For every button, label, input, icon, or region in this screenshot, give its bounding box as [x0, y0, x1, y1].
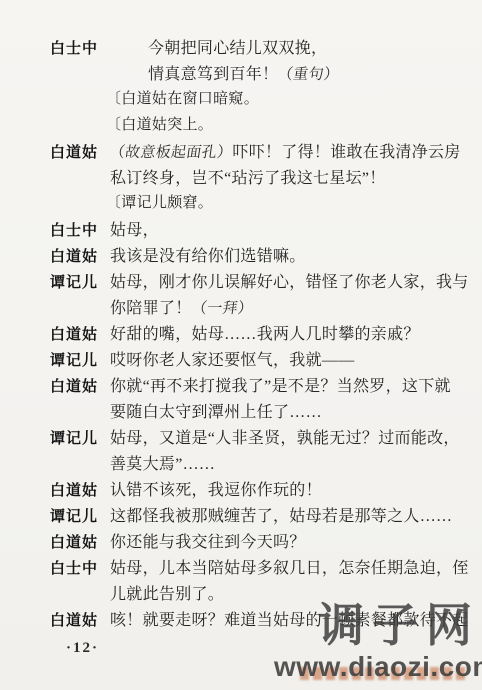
dialogue-text: 姑母，刚才你儿误解好心，错怪了你老人家，我与: [110, 269, 469, 292]
speaker-label: 谭记儿: [50, 505, 110, 526]
text-segment: 善莫大焉”……: [110, 456, 215, 473]
script-line: 谭记儿姑母，又道是“人非圣贤，孰能无过？过而能改，: [0, 425, 482, 451]
stage-direction: 〔谭记儿颇窘。: [106, 191, 213, 212]
text-segment: 好甜的嘴，姑母……我两人几时攀的亲戚？: [110, 326, 420, 343]
speaker-label: 谭记儿: [50, 349, 110, 370]
dialogue-text: 我该是没有给你们选错嘛。: [110, 243, 306, 266]
script-line: 你陪罪了！（一拜）: [0, 295, 482, 321]
speaker-label: 谭记儿: [50, 271, 110, 292]
script-line: 谭记儿姑母，刚才你儿误解好心，错怪了你老人家，我与: [0, 269, 482, 295]
dialogue-text: 咳！就要走呀？难道当姑母的一顿素餐都款待不起: [110, 607, 469, 630]
speaker-label: 白道姑: [50, 609, 110, 630]
text-segment: 你陪罪了！: [110, 300, 192, 317]
script-line: 白道姑好甜的嘴，姑母……我两人几时攀的亲戚？: [0, 321, 482, 347]
dialogue-text: 姑母，又道是“人非圣贤，孰能无过？过而能改，: [110, 425, 460, 448]
parenthetical-direction: （故意板起面孔）: [109, 141, 234, 162]
script-line: 白道姑（故意板起面孔）吓吓！了得！谁敢在我清净云房: [0, 139, 482, 165]
speaker-label: 白士中: [50, 219, 110, 240]
text-segment: 今朝把同心结儿双双挽，: [148, 40, 327, 57]
script-line: 白士中今朝把同心结儿双双挽，: [0, 35, 482, 61]
text-segment: 我该是没有给你们选错嘛。: [110, 248, 306, 265]
speaker-label: 白士中: [50, 557, 110, 578]
text-segment: 你就“再不来打搅我了”是不是？当然罗，这下就: [110, 378, 451, 395]
speaker-label: 白道姑: [50, 479, 110, 500]
dialogue-text: 儿就此告别了。: [110, 581, 224, 604]
parenthetical-direction: （一拜）: [190, 297, 254, 318]
watermark-site-url: www.diaozi.com: [274, 651, 482, 683]
dialogue-text: 这都怪我被那贼缠苦了，姑母若是那等之人……: [110, 503, 452, 526]
text-segment: 要随白太守到潭州上任了……: [110, 404, 322, 421]
dialogue-text: 哎呀你老人家还要怄气，我就——: [110, 347, 355, 370]
stage-direction: 〔白道姑突上。: [106, 113, 213, 134]
dialogue-text: 姑母，儿本当陪姑母多叙几日，怎奈任期急迫，侄: [110, 555, 469, 578]
red-stamp-smudge: [300, 667, 468, 680]
dialogue-text: （故意板起面孔）吓吓！了得！谁敢在我清净云房: [110, 139, 461, 162]
script-line: 要随白太守到潭州上任了……: [0, 399, 482, 425]
speaker-label: 白士中: [50, 37, 110, 58]
script-line: 白士中姑母，: [0, 217, 482, 243]
text-segment: 姑母，: [110, 222, 159, 239]
text-segment: 你还能与我交往到今天吗？: [110, 534, 306, 551]
text-segment: 姑母，刚才你儿误解好心，错怪了你老人家，我与: [110, 274, 469, 291]
text-segment: 姑母，儿本当陪姑母多叙几日，怎奈任期急迫，侄: [110, 560, 469, 577]
script-line: 私订终身，岂不“玷污了我这七星坛”！: [0, 165, 482, 191]
dialogue-text: 情真意笃到百年！（重句）: [110, 61, 340, 84]
dialogue-text: 要随白太守到潭州上任了……: [110, 399, 322, 422]
script-line: 〔白道姑突上。: [0, 113, 482, 139]
speaker-label: 白道姑: [50, 245, 110, 266]
text-segment: 这都怪我被那贼缠苦了，姑母若是那等之人……: [110, 508, 452, 525]
script-line: 白道姑你就“再不来打搅我了”是不是？当然罗，这下就: [0, 373, 482, 399]
text-segment: 儿就此告别了。: [110, 586, 224, 603]
script-line: 〔谭记儿颇窘。: [0, 191, 482, 217]
parenthetical-direction: （重句）: [277, 63, 341, 84]
script-line: 善莫大焉”……: [0, 451, 482, 477]
dialogue-text: 你就“再不来打搅我了”是不是？当然罗，这下就: [110, 373, 451, 396]
speaker-label: 白道姑: [50, 323, 110, 344]
text-segment: 认错不该死，我逗你作玩的！: [110, 482, 322, 499]
script-line: 谭记儿哎呀你老人家还要怄气，我就——: [0, 347, 482, 373]
speaker-label: 白道姑: [50, 375, 110, 396]
script-line: 情真意笃到百年！（重句）: [0, 61, 482, 87]
speaker-label: 白道姑: [50, 141, 110, 162]
script-line: 白道姑咳！就要走呀？难道当姑母的一顿素餐都款待不起: [0, 607, 482, 633]
dialogue-text: 你还能与我交往到今天吗？: [110, 529, 306, 552]
text-segment: 吓吓！了得！谁敢在我清净云房: [232, 144, 460, 161]
dialogue-text: 你陪罪了！（一拜）: [110, 295, 253, 318]
text-segment: 姑母，又道是“人非圣贤，孰能无过？过而能改，: [110, 430, 460, 447]
stage-direction: 〔白道姑在窗口暗窥。: [106, 87, 259, 108]
text-segment: 〔谭记儿颇窘。: [106, 195, 213, 211]
dialogue-text: 私订终身，岂不“玷污了我这七星坛”！: [110, 165, 386, 188]
script-line: 白士中姑母，儿本当陪姑母多叙几日，怎奈任期急迫，侄: [0, 555, 482, 581]
text-segment: 私订终身，岂不“玷污了我这七星坛”！: [110, 170, 386, 187]
script-line: 谭记儿这都怪我被那贼缠苦了，姑母若是那等之人……: [0, 503, 482, 529]
script-line: 白道姑你还能与我交往到今天吗？: [0, 529, 482, 555]
text-segment: 咳！就要走呀？难道当姑母的一顿素餐都款待不起: [110, 612, 469, 629]
page-number: ·12·: [66, 640, 99, 657]
script-line: 儿就此告别了。: [0, 581, 482, 607]
dialogue-text: 好甜的嘴，姑母……我两人几时攀的亲戚？: [110, 321, 420, 344]
script-line: 白道姑我该是没有给你们选错嘛。: [0, 243, 482, 269]
script-line: 白道姑认错不该死，我逗你作玩的！: [0, 477, 482, 503]
script-line: 〔白道姑在窗口暗窥。: [0, 87, 482, 113]
dialogue-text: 今朝把同心结儿双双挽，: [110, 35, 327, 58]
text-segment: 〔白道姑在窗口暗窥。: [106, 91, 259, 107]
book-page: 白士中今朝把同心结儿双双挽，情真意笃到百年！（重句）〔白道姑在窗口暗窥。〔白道姑…: [0, 0, 482, 690]
text-segment: 哎呀你老人家还要怄气，我就——: [110, 352, 355, 369]
script-body: 白士中今朝把同心结儿双双挽，情真意笃到百年！（重句）〔白道姑在窗口暗窥。〔白道姑…: [0, 35, 482, 633]
dialogue-text: 善莫大焉”……: [110, 451, 215, 474]
text-segment: 情真意笃到百年！: [148, 66, 278, 83]
dialogue-text: 姑母，: [110, 217, 159, 240]
dialogue-text: 认错不该死，我逗你作玩的！: [110, 477, 322, 500]
speaker-label: 白道姑: [50, 531, 110, 552]
speaker-label: 谭记儿: [50, 427, 110, 448]
text-segment: 〔白道姑突上。: [106, 117, 213, 133]
